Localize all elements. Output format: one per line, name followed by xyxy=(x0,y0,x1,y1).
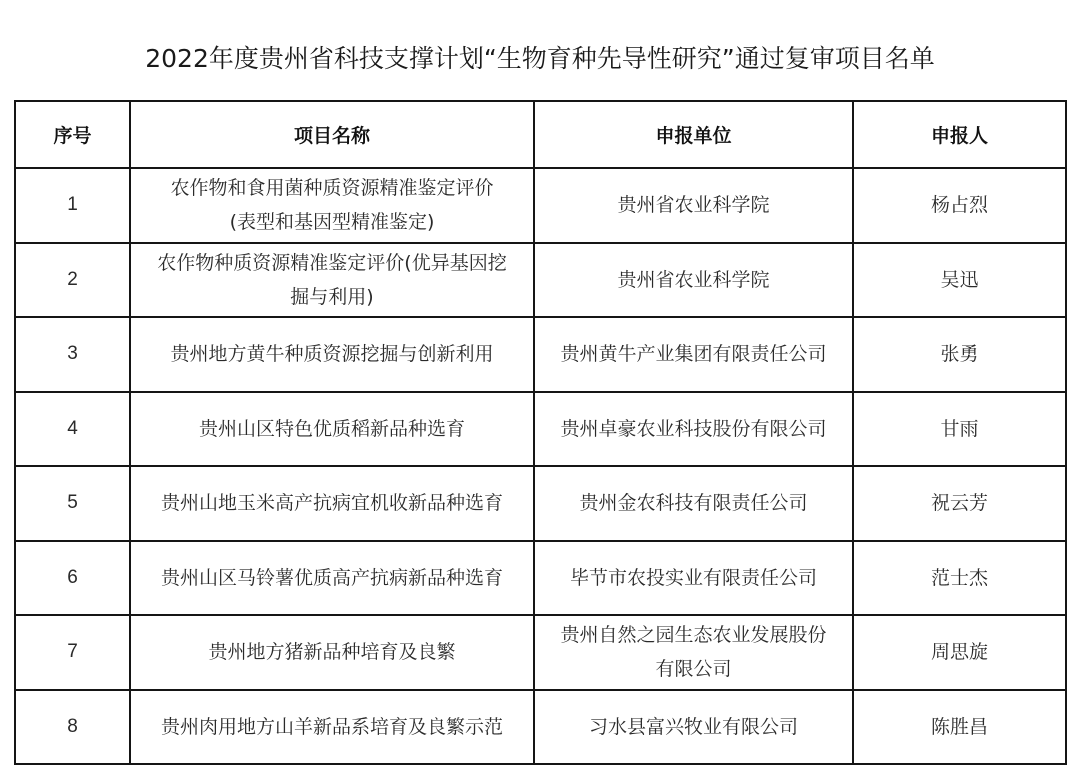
cell-project-name: 贵州地方猪新品种培育及良繁 xyxy=(130,615,534,690)
header-project-name: 项目名称 xyxy=(130,101,534,168)
cell-text-line: (表型和基因型精准鉴定) xyxy=(137,205,527,239)
table-row: 1 农作物和食用菌种质资源精准鉴定评价 (表型和基因型精准鉴定) 贵州省农业科学… xyxy=(15,168,1066,243)
cell-text-line: 有限公司 xyxy=(541,652,846,686)
cell-text-line: 贵州省农业科学院 xyxy=(541,263,846,297)
cell-text-line: 贵州地方黄牛种质资源挖掘与创新利用 xyxy=(137,337,527,371)
cell-text-line: 贵州山区特色优质稻新品种选育 xyxy=(137,412,527,446)
cell-applicant: 甘雨 xyxy=(853,392,1066,467)
cell-text-line: 贵州黄牛产业集团有限责任公司 xyxy=(541,337,846,371)
table-row: 7 贵州地方猪新品种培育及良繁 贵州自然之园生态农业发展股份 有限公司 周思旋 xyxy=(15,615,1066,690)
cell-project-name: 农作物种质资源精准鉴定评价(优异基因挖 掘与利用) xyxy=(130,243,534,318)
cell-applicant-unit: 贵州省农业科学院 xyxy=(534,243,853,318)
cell-applicant: 吴迅 xyxy=(853,243,1066,318)
cell-applicant-unit: 贵州自然之园生态农业发展股份 有限公司 xyxy=(534,615,853,690)
project-list-table: 序号 项目名称 申报单位 申报人 1 农作物和食用菌种质资源精准鉴定评价 (表型… xyxy=(14,100,1067,765)
cell-project-name: 贵州山区特色优质稻新品种选育 xyxy=(130,392,534,467)
cell-applicant-unit: 习水县富兴牧业有限公司 xyxy=(534,690,853,765)
document-title: 2022年度贵州省科技支撑计划“生物育种先导性研究”通过复审项目名单 xyxy=(0,40,1080,78)
cell-text-line: 毕节市农投实业有限责任公司 xyxy=(541,561,846,595)
cell-project-name: 贵州肉用地方山羊新品系培育及良繁示范 xyxy=(130,690,534,765)
cell-project-name: 贵州山区马铃薯优质高产抗病新品种选育 xyxy=(130,541,534,616)
cell-text-line: 习水县富兴牧业有限公司 xyxy=(541,710,846,744)
cell-index: 6 xyxy=(15,541,130,616)
cell-index: 2 xyxy=(15,243,130,318)
table-row: 6 贵州山区马铃薯优质高产抗病新品种选育 毕节市农投实业有限责任公司 范士杰 xyxy=(15,541,1066,616)
cell-text-line: 贵州地方猪新品种培育及良繁 xyxy=(137,635,527,669)
cell-project-name: 贵州山地玉米高产抗病宜机收新品种选育 xyxy=(130,466,534,541)
cell-applicant-unit: 贵州省农业科学院 xyxy=(534,168,853,243)
cell-text-line: 贵州山区马铃薯优质高产抗病新品种选育 xyxy=(137,561,527,595)
header-applicant-unit: 申报单位 xyxy=(534,101,853,168)
cell-applicant: 周思旋 xyxy=(853,615,1066,690)
table-row: 8 贵州肉用地方山羊新品系培育及良繁示范 习水县富兴牧业有限公司 陈胜昌 xyxy=(15,690,1066,765)
cell-project-name: 贵州地方黄牛种质资源挖掘与创新利用 xyxy=(130,317,534,392)
cell-text-line: 贵州卓豪农业科技股份有限公司 xyxy=(541,412,846,446)
table-row: 2 农作物种质资源精准鉴定评价(优异基因挖 掘与利用) 贵州省农业科学院 吴迅 xyxy=(15,243,1066,318)
cell-text-line: 贵州省农业科学院 xyxy=(541,188,846,222)
header-index: 序号 xyxy=(15,101,130,168)
cell-applicant-unit: 毕节市农投实业有限责任公司 xyxy=(534,541,853,616)
table-row: 3 贵州地方黄牛种质资源挖掘与创新利用 贵州黄牛产业集团有限责任公司 张勇 xyxy=(15,317,1066,392)
cell-applicant: 杨占烈 xyxy=(853,168,1066,243)
header-applicant: 申报人 xyxy=(853,101,1066,168)
cell-text-line: 贵州肉用地方山羊新品系培育及良繁示范 xyxy=(137,710,527,744)
cell-applicant: 祝云芳 xyxy=(853,466,1066,541)
cell-applicant: 范士杰 xyxy=(853,541,1066,616)
cell-text-line: 农作物种质资源精准鉴定评价(优异基因挖 xyxy=(137,246,527,280)
cell-text-line: 农作物和食用菌种质资源精准鉴定评价 xyxy=(137,171,527,205)
cell-applicant: 张勇 xyxy=(853,317,1066,392)
cell-applicant: 陈胜昌 xyxy=(853,690,1066,765)
cell-text-line: 掘与利用) xyxy=(137,280,527,314)
table-row: 4 贵州山区特色优质稻新品种选育 贵州卓豪农业科技股份有限公司 甘雨 xyxy=(15,392,1066,467)
cell-index: 7 xyxy=(15,615,130,690)
table-header-row: 序号 项目名称 申报单位 申报人 xyxy=(15,101,1066,168)
cell-index: 4 xyxy=(15,392,130,467)
cell-applicant-unit: 贵州金农科技有限责任公司 xyxy=(534,466,853,541)
cell-applicant-unit: 贵州卓豪农业科技股份有限公司 xyxy=(534,392,853,467)
cell-text-line: 贵州金农科技有限责任公司 xyxy=(541,486,846,520)
cell-index: 8 xyxy=(15,690,130,765)
cell-applicant-unit: 贵州黄牛产业集团有限责任公司 xyxy=(534,317,853,392)
table-row: 5 贵州山地玉米高产抗病宜机收新品种选育 贵州金农科技有限责任公司 祝云芳 xyxy=(15,466,1066,541)
cell-project-name: 农作物和食用菌种质资源精准鉴定评价 (表型和基因型精准鉴定) xyxy=(130,168,534,243)
cell-index: 5 xyxy=(15,466,130,541)
cell-text-line: 贵州山地玉米高产抗病宜机收新品种选育 xyxy=(137,486,527,520)
cell-index: 1 xyxy=(15,168,130,243)
cell-text-line: 贵州自然之园生态农业发展股份 xyxy=(541,618,846,652)
cell-index: 3 xyxy=(15,317,130,392)
